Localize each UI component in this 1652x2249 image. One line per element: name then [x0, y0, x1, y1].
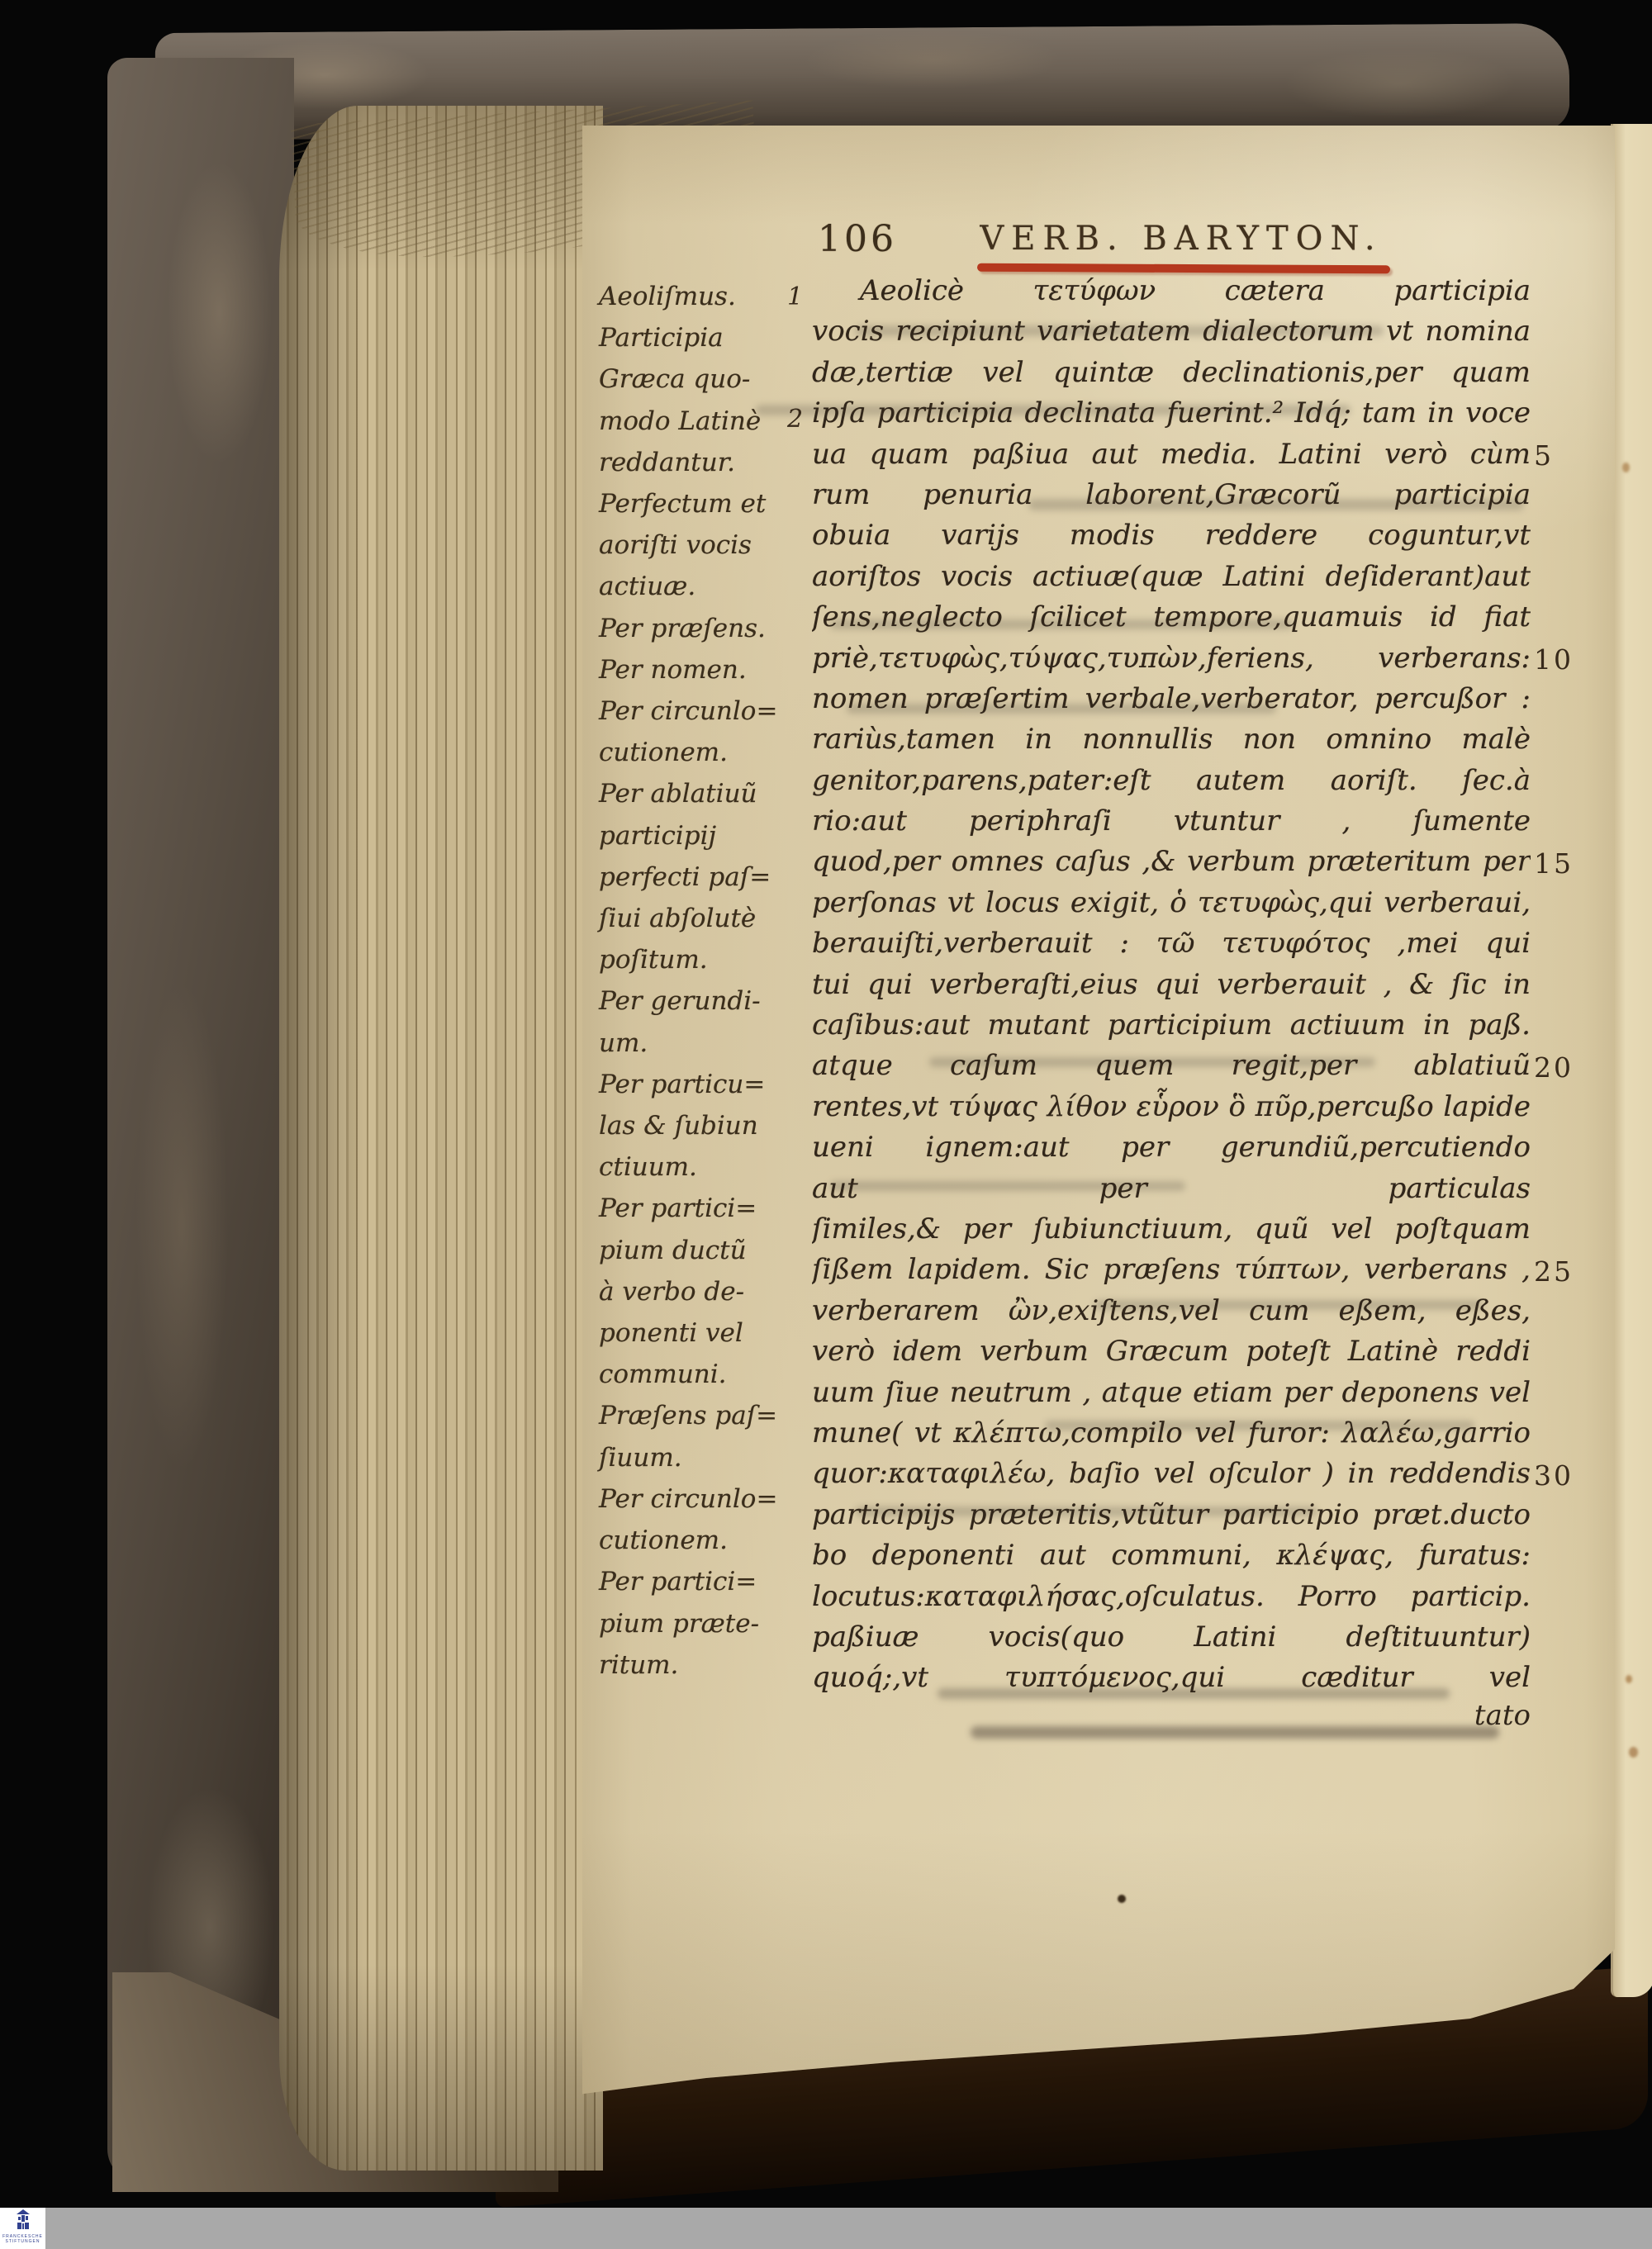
marginal-note-line: pium ductũ	[599, 1230, 812, 1271]
marginal-note-line: Per nomen.	[599, 649, 812, 690]
body-text-line: quod,per omnes caſus ,& verbum præteritu…	[812, 842, 1531, 882]
marginal-note-line: um.	[599, 1022, 812, 1064]
foxing-spot	[1622, 463, 1630, 472]
next-page-edge	[1611, 124, 1652, 1997]
body-text-line: ſens,neglecto ſcilicet tempore,quamuis i…	[812, 597, 1531, 638]
body-text-line: dæ,tertiæ vel quintæ declinationis,per q…	[812, 353, 1531, 393]
body-text-line: uum ſiue neutrum , atque etiam per depon…	[812, 1373, 1531, 1413]
body-text-line: genitor,parens,pater:eſt autem aoriſt. ſ…	[812, 761, 1531, 801]
marginal-note-line: Per ablatiuũ	[599, 773, 812, 814]
body-text-line: ſimiles,& per ſubiunctiuum, quũ vel poſt…	[812, 1209, 1531, 1250]
marginal-note-line: las & ſubiun	[599, 1105, 812, 1146]
marginal-note-line: perfecti paſ=	[599, 856, 812, 898]
book-cover-left-board	[107, 58, 294, 2182]
marginal-note-line: pium præte-	[599, 1603, 812, 1644]
marginal-note-line: poſitum.	[599, 939, 812, 980]
marginal-note-line: ctiuum.	[599, 1146, 812, 1188]
body-text-line: aoriſtos vocis actiuæ(quæ Latini deſider…	[812, 557, 1531, 597]
foxing-spot	[1629, 1747, 1638, 1758]
body-text-line: rariùs,tamen in nonnullis non omnino mal…	[812, 719, 1531, 760]
body-text-line: ua quam paßiua aut media. Latini verò cù…	[812, 434, 1531, 475]
running-header-title: VERB. BARYTON.	[971, 220, 1392, 258]
marginal-note-line: Aeoliſmus.	[599, 276, 812, 317]
marginal-note-line: Præſens paſ=	[599, 1395, 812, 1436]
body-text-block: Aeolicè τετύφων cætera participia cuiuſc…	[812, 271, 1531, 1699]
scanned-book-photo: 106 VERB. BARYTON. Aeoliſmus.ParticipiaG…	[0, 0, 1652, 2249]
marginal-note-line: Participia	[599, 317, 812, 358]
marginal-note-line: ſiuum.	[599, 1437, 812, 1478]
body-text-line: Aeolicè τετύφων cætera participia cuiuſc…	[812, 271, 1531, 311]
marginal-note-line: reddantur.	[599, 442, 812, 483]
page-stack-fore-edge	[279, 106, 603, 2171]
marginal-note-line: Per particu=	[599, 1064, 812, 1105]
marginal-note-line: actiuæ.	[599, 566, 812, 607]
page-number: 106	[818, 218, 897, 260]
logo-text-line2: STIFTUNGEN	[6, 2239, 40, 2244]
body-text-line: participijs præteritis,vtũtur participio…	[812, 1495, 1531, 1535]
marginal-note-line: Græca quo-	[599, 358, 812, 400]
marginal-note-line: ponenti vel	[599, 1312, 812, 1354]
paragraph-number: 2	[787, 405, 803, 434]
marginal-note-line: communi.	[599, 1354, 812, 1395]
ink-dot	[1118, 1895, 1126, 1903]
body-text-line: obuia varijs modis reddere coguntur,vt p…	[812, 515, 1531, 556]
body-text-line: verò idem verbum Græcum poteſt Latinè re…	[812, 1331, 1531, 1372]
body-text-line: atque caſum quem regit,per ablatiuũ conſ…	[812, 1046, 1531, 1086]
marginal-note-line: ritum.	[599, 1644, 812, 1686]
body-text-line: verberarem ὢν,exiſtens,vel cum eßem, eße…	[812, 1291, 1531, 1331]
marginal-note-line: Per partici=	[599, 1188, 812, 1229]
body-text-line: caſibus:aut mutant participium actiuum i…	[812, 1005, 1531, 1046]
line-number: 20	[1534, 1051, 1574, 1084]
body-text-line: tui qui verberaſti,eius qui verberauit ,…	[812, 965, 1531, 1005]
line-number: 25	[1534, 1255, 1574, 1288]
foxing-spot	[1626, 1675, 1632, 1683]
marginal-note-line: à verbo de-	[599, 1271, 812, 1312]
body-text-line: ueni ignem:aut per gerundiũ,percutiendo …	[812, 1127, 1531, 1168]
body-text-line: locutus:καταφιλήσας,oſculatus. Porro par…	[812, 1577, 1531, 1617]
paragraph-number: 1	[787, 282, 803, 311]
body-text-line: paßiuæ vocis(quo Latini deſtituuntur) ci…	[812, 1617, 1531, 1658]
marginalia-column: Aeoliſmus.ParticipiaGræca quo-modo Latin…	[599, 276, 812, 1686]
body-text-line: berauiſti,verberauit : τῶ τετυφότος ,mei…	[812, 923, 1531, 964]
marginal-note-line: Per circunlo=	[599, 690, 812, 732]
line-number: 30	[1534, 1459, 1574, 1492]
marginal-note-line: Per partici=	[599, 1561, 812, 1602]
body-text-line: ſißem lapidem. Sic præſens τύπτων, verbe…	[812, 1250, 1531, 1290]
marginal-note-line: Perfectum et	[599, 483, 812, 524]
book-page: 106 VERB. BARYTON. Aeoliſmus.ParticipiaG…	[582, 126, 1615, 2108]
marginal-note-line: aoriſti vocis	[599, 524, 812, 566]
body-text-line: nomen præſertim verbale,verberator, perc…	[812, 679, 1531, 719]
line-number: 15	[1534, 847, 1574, 880]
body-text-line: quoq́;,vt τυπτόμενος,qui cæditur vel cæd…	[812, 1658, 1531, 1698]
body-text-line: rentes,vt τύψας λίθον εὗρον ὃ πῦρ,percuß…	[812, 1087, 1531, 1127]
body-text-line: quor:καταφιλέω, baſio vel oſculor ) in r…	[812, 1454, 1531, 1494]
body-text-line: vocis recipiunt varietatem dialectorum v…	[812, 311, 1531, 352]
body-text-line: priè,τετυφὼς,τύψας,τυπὼν,feriens, verber…	[812, 638, 1531, 679]
body-text-line: rum penuria laborent,Græcorũ participia …	[812, 475, 1531, 515]
body-text-line: aut per particulas quũ,quando,poſtquam,p…	[812, 1169, 1531, 1209]
body-text-line: mune( vt κλέπτω,compilo vel furor: λαλέω…	[812, 1413, 1531, 1454]
marginal-note-line: modo Latinè	[599, 401, 812, 442]
body-text-line: perſonas vt locus exigit, ὁ τετυφὼς,qui …	[812, 883, 1531, 923]
scanner-footer-bar	[0, 2208, 1652, 2249]
marginal-note-line: ſiui abſolutè	[599, 898, 812, 939]
body-text-line: bo deponenti aut communi, κλέψας, furatu…	[812, 1535, 1531, 1576]
line-number: 5	[1534, 439, 1554, 472]
marginal-note-line: participij	[599, 815, 812, 856]
marginal-note-line: Per præſens.	[599, 608, 812, 649]
marginal-note-line: cutionem.	[599, 732, 812, 773]
body-text-line: ipſa participia declinata fuerint.² Idq́…	[812, 393, 1531, 434]
library-watermark: FRANCKESCHE STIFTUNGEN	[0, 2208, 45, 2249]
catchword: tato	[812, 1699, 1536, 1732]
body-text-line: rio:aut periphraſi vtuntur , ſumente rel…	[812, 801, 1531, 842]
line-number: 10	[1534, 643, 1574, 676]
marginal-note-line: Per gerundi-	[599, 980, 812, 1022]
franckesche-stiftungen-logo-icon	[12, 2209, 34, 2234]
marginal-note-line: cutionem.	[599, 1520, 812, 1561]
marginal-note-line: Per circunlo=	[599, 1478, 812, 1520]
